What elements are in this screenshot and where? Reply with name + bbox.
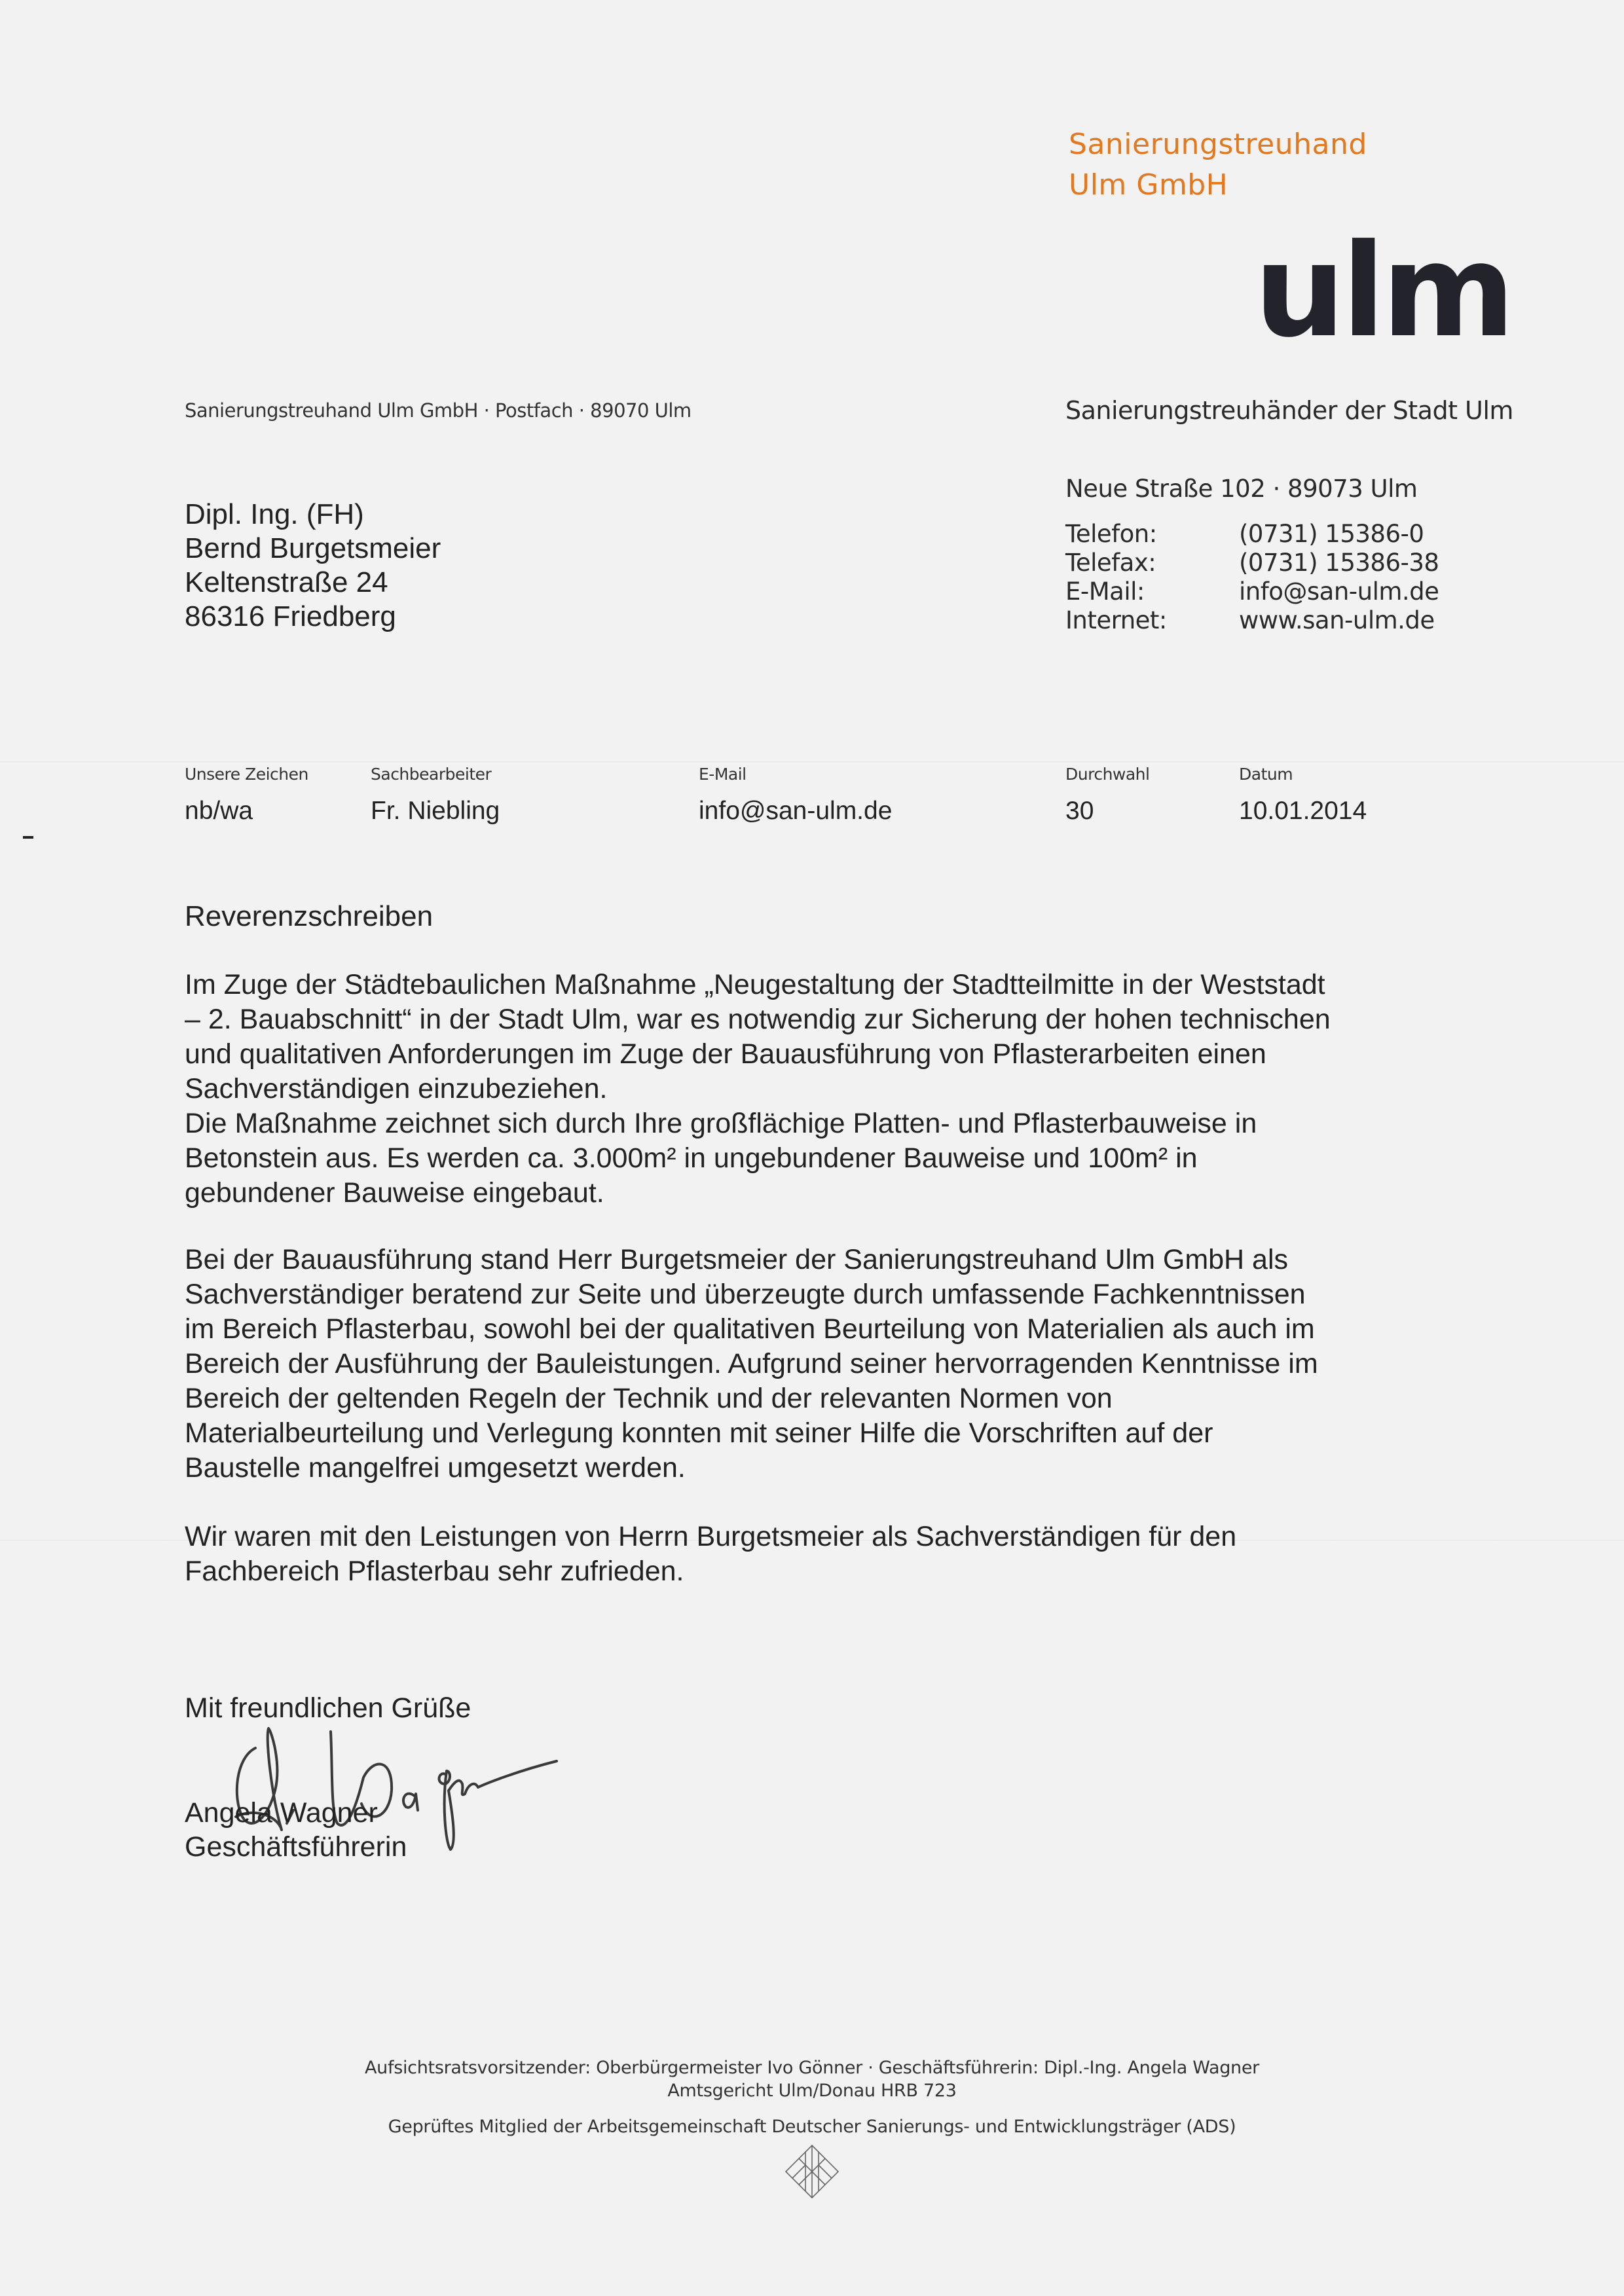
contact-row-fax: Telefax: (0731) 15386-38 [1065, 549, 1439, 577]
body-paragraph-2: Bei der Bauausführung stand Herr Burgets… [185, 1243, 1429, 1485]
signer-name: Angela Wagner [185, 1796, 407, 1830]
ref-value: Fr. Niebling [371, 797, 500, 826]
contact-value: (0731) 15386-38 [1239, 549, 1439, 577]
contact-row-phone: Telefon: (0731) 15386-0 [1065, 520, 1439, 549]
contact-label: Telefax: [1065, 549, 1239, 577]
ref-clerk: Sachbearbeiter Fr. Niebling [371, 765, 500, 826]
ref-email-value[interactable]: info@san-ulm.de [699, 797, 892, 826]
contact-block: Neue Straße 102 · 89073 Ulm Telefon: (07… [1065, 475, 1439, 635]
signer-title: Geschäftsführerin [185, 1830, 407, 1864]
body-line: Die Maßnahme zeichnet sich durch Ihre gr… [185, 1106, 1429, 1141]
contact-email-link[interactable]: info@san-ulm.de [1239, 577, 1439, 606]
body-paragraph-3: Wir waren mit den Leistungen von Herrn B… [185, 1520, 1429, 1589]
recipient-line: Dipl. Ing. (FH) [185, 498, 441, 532]
fold-mark [23, 836, 33, 839]
body-line: Fachbereich Pflasterbau sehr zufrieden. [185, 1554, 1429, 1589]
body-paragraph-1: Im Zuge der Städtebaulichen Maßnahme „Ne… [185, 968, 1429, 1211]
paper-fold-top [0, 761, 1624, 763]
tagline: Sanierungstreuhänder der Stadt Ulm [1065, 396, 1513, 425]
recipient-address: Dipl. Ing. (FH) Bernd Burgetsmeier Kelte… [185, 498, 441, 634]
footer-management: Aufsichtsratsvorsitzender: Oberbürgermei… [0, 2058, 1624, 2078]
contact-value: (0731) 15386-0 [1239, 520, 1424, 549]
body-line: Baustelle mangelfrei umgesetzt werden. [185, 1451, 1429, 1485]
body-line: Bei der Bauausführung stand Herr Burgets… [185, 1243, 1429, 1277]
body-line: Bereich der Ausführung der Bauleistungen… [185, 1347, 1429, 1381]
ref-value: 30 [1065, 797, 1149, 826]
contact-label: E-Mail: [1065, 577, 1239, 606]
contact-row-email: E-Mail: info@san-ulm.de [1065, 577, 1439, 606]
ref-label: E-Mail [699, 765, 892, 784]
recipient-line: Keltenstraße 24 [185, 566, 441, 600]
recipient-line: Bernd Burgetsmeier [185, 532, 441, 566]
body-line: Sachverständigen einzubeziehen. [185, 1072, 1429, 1106]
ref-label: Durchwahl [1065, 765, 1149, 784]
body-line: Materialbeurteilung und Verlegung konnte… [185, 1416, 1429, 1451]
body-line: Bereich der geltenden Regeln der Technik… [185, 1381, 1429, 1416]
body-line: und qualitativen Anforderungen im Zuge d… [185, 1037, 1429, 1072]
body-line: Wir waren mit den Leistungen von Herrn B… [185, 1520, 1429, 1554]
brand-line-2: Ulm GmbH [1069, 165, 1367, 206]
company-brand: Sanierungstreuhand Ulm GmbH [1069, 124, 1367, 206]
ref-extension: Durchwahl 30 [1065, 765, 1149, 826]
ref-email: E-Mail info@san-ulm.de [699, 765, 892, 826]
footer-register: Amtsgericht Ulm/Donau HRB 723 [0, 2081, 1624, 2101]
ref-label: Sachbearbeiter [371, 765, 500, 784]
ref-label: Datum [1239, 765, 1367, 784]
body-line: Im Zuge der Städtebaulichen Maßnahme „Ne… [185, 968, 1429, 1002]
contact-label: Internet: [1065, 606, 1239, 635]
ref-our-sign: Unsere Zeichen nb/wa [185, 765, 308, 826]
signer-block: Angela Wagner Geschäftsführerin [185, 1796, 407, 1864]
ulm-logo: ulm [1254, 232, 1511, 350]
body-line: gebundener Bauweise eingebaut. [185, 1176, 1429, 1211]
ref-label: Unsere Zeichen [185, 765, 308, 784]
body-line: Betonstein aus. Es werden ca. 3.000m² in… [185, 1141, 1429, 1176]
ref-value: 10.01.2014 [1239, 797, 1367, 826]
ads-diamond-logo-icon [783, 2142, 841, 2201]
footer-membership: Geprüftes Mitglied der Arbeitsgemeinscha… [0, 2117, 1624, 2137]
company-address: Neue Straße 102 · 89073 Ulm [1065, 475, 1439, 503]
sender-return-line: Sanierungstreuhand Ulm GmbH · Postfach ·… [185, 399, 692, 422]
body-line: Sachverständiger beratend zur Seite und … [185, 1277, 1429, 1312]
ref-value: nb/wa [185, 797, 308, 826]
body-line: im Bereich Pflasterbau, sowohl bei der q… [185, 1312, 1429, 1347]
contact-label: Telefon: [1065, 520, 1239, 549]
brand-line-1: Sanierungstreuhand [1069, 124, 1367, 165]
ref-date: Datum 10.01.2014 [1239, 765, 1367, 826]
recipient-line: 86316 Friedberg [185, 600, 441, 634]
contact-row-internet: Internet: www.san-ulm.de [1065, 606, 1439, 635]
contact-website-link[interactable]: www.san-ulm.de [1239, 606, 1435, 635]
body-line: – 2. Bauabschnitt“ in der Stadt Ulm, war… [185, 1002, 1429, 1037]
letter-subject: Reverenzschreiben [185, 900, 433, 933]
